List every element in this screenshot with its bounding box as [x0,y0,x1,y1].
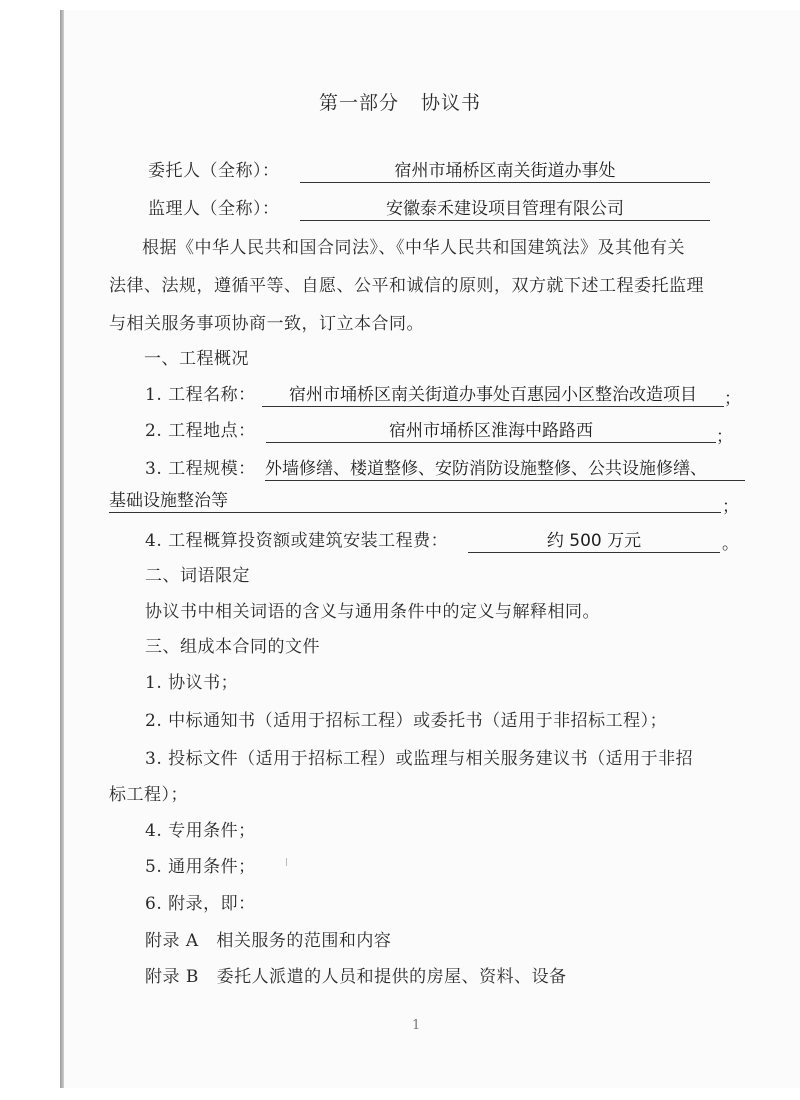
appendix-a: 附录 A 相关服务的范围和内容 [145,930,391,952]
doc-item-2: 2. 中标通知书（适用于招标工程）或委托书（适用于非招标工程）； [145,710,667,732]
title-part: 第一部分 [319,92,399,114]
section3-heading: 三、组成本合同的文件 [145,636,320,658]
section2-heading: 二、词语限定 [145,565,250,587]
project-cost-label: 4. 工程概算投资额或建筑安装工程费： [145,530,448,552]
doc-item-3-cont: 标工程）； [109,784,188,806]
project-scale-label: 3. 工程规模： [145,458,256,480]
doc-item-3: 3. 投标文件（适用于招标工程）或监理与相关服务建议书（适用于非招 [145,748,693,770]
page-number: 1 [412,1018,420,1033]
appendix-b: 附录 B 委托人派遣的人员和提供的房屋、资料、设备 [145,966,567,988]
appendix-a-text: 相关服务的范围和内容 [216,931,391,951]
appendix-b-text: 委托人派遣的人员和提供的房屋、资料、设备 [217,967,567,987]
preamble-line-1: 根据《中华人民共和国合同法》、《中华人民共和国建筑法》及其他有关 [142,237,685,259]
supervisor-label: 监理人（全称）： [148,198,280,220]
project-scale-value: 外墙修缮、楼道整修、安防消防设施整修、公共设施修缮、 [265,458,745,481]
section2-text: 协议书中相关词语的含义与通用条件中的定义与解释相同。 [145,601,600,623]
title-name: 协议书 [421,92,481,114]
project-name-value: 宿州市埇桥区南关街道办事处百惠园小区整治改造项目 [262,384,724,407]
doc-item-6: 6. 附录，即： [145,893,256,915]
appendix-a-label: 附录 A [145,931,199,951]
project-scale-value-cont: 基础设施整治等 [109,490,721,513]
project-cost-value: 约 500 万元 [468,530,720,553]
project-location-value: 宿州市埇桥区淮海中路路西 [266,420,716,443]
project-name-end: ； [724,388,742,410]
project-scale-end: ； [722,496,740,518]
appendix-b-label: 附录 B [145,967,199,987]
project-location-end: ； [716,426,734,448]
project-cost-end: 。 [722,533,740,555]
project-name-label: 1. 工程名称： [145,384,256,406]
preamble-line-3: 与相关服务事项协商一致，订立本合同。 [109,313,424,335]
scan-binding-edge [60,10,64,1088]
project-location-label: 2. 工程地点： [145,420,256,442]
doc-item-4: 4. 专用条件； [145,820,256,842]
client-label: 委托人（全称）： [148,160,280,182]
section1-heading: 一、工程概况 [144,348,249,370]
supervisor-value: 安徽泰禾建设项目管理有限公司 [300,198,710,221]
scan-speck [286,858,287,866]
doc-item-5: 5. 通用条件； [145,856,256,878]
doc-item-1: 1. 协议书； [145,672,238,694]
client-value: 宿州市埇桥区南关街道办事处 [300,160,710,183]
page-title: 第一部分协议书 [0,88,800,115]
preamble-line-2: 法律、法规，遵循平等、自愿、公平和诚信的原则，双方就下述工程委托监理 [109,275,704,297]
